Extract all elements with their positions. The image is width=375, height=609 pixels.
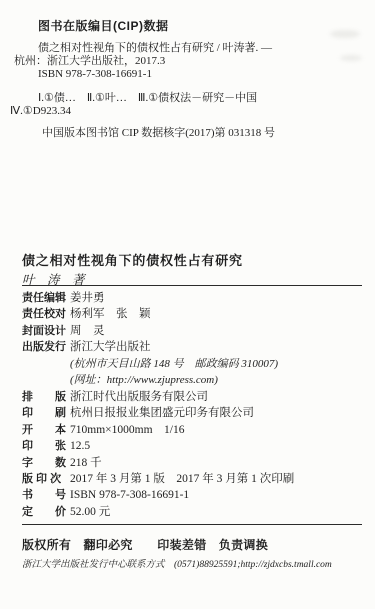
colophon-row-sheets: 印 张 12.5 — [22, 438, 368, 454]
colophon-label: 字 数 — [22, 455, 70, 471]
colophon-row-edition: 版 印 次 2017 年 3 月第 1 版 2017 年 3 月第 1 次印刷 — [22, 471, 368, 487]
colophon-value: 浙江大学出版社 — [70, 339, 368, 355]
colophon-row-typesetting: 排 版 浙江时代出版服务有限公司 — [22, 389, 368, 405]
cip-classification-line-1: Ⅰ.①债… Ⅱ.①叶… Ⅲ.①债权法－研究－中国 — [38, 92, 257, 105]
colophon-row-format: 开 本 710mm×1000mm 1/16 — [22, 422, 368, 438]
colophon-row-isbn: 书 号 ISBN 978-7-308-16691-1 — [22, 487, 368, 503]
divider-bottom — [22, 524, 362, 525]
colophon-row-editor: 责任编辑 姜井勇 — [22, 290, 368, 306]
colophon: 责任编辑 姜井勇 责任校对 杨利军 张 颖 封面设计 周 灵 出版发行 浙江大学… — [22, 290, 368, 520]
colophon-label: 定 价 — [22, 504, 70, 520]
colophon-value: 218 千 — [70, 455, 368, 471]
colophon-row-address: (杭州市天目山路 148 号 邮政编码 310007) — [22, 356, 368, 372]
colophon-value: (杭州市天目山路 148 号 邮政编码 310007) — [70, 356, 368, 372]
cip-header: 图书在版编目(CIP)数据 — [38, 17, 169, 34]
colophon-row-publisher: 出版发行 浙江大学出版社 — [22, 339, 368, 355]
colophon-label: 书 号 — [22, 487, 70, 503]
colophon-label: 封面设计 — [22, 323, 70, 339]
colophon-row-printing: 印 刷 杭州日报报业集团盛元印务有限公司 — [22, 405, 368, 421]
colophon-row-website: (网址：http://www.zjupress.com) — [22, 372, 368, 388]
colophon-value: (网址：http://www.zjupress.com) — [70, 372, 368, 388]
copyright-page: 图书在版编目(CIP)数据 债之相对性视角下的债权性占有研究 / 叶涛著. — … — [0, 0, 375, 609]
copyright-notice: 版权所有 翻印必究 印装差错 负责调换 — [22, 536, 268, 553]
colophon-label — [22, 356, 70, 372]
colophon-label: 开 本 — [22, 422, 70, 438]
colophon-label: 责任校对 — [22, 306, 70, 322]
cip-isbn-line: ISBN 978-7-308-16691-1 — [38, 68, 152, 81]
colophon-value: 杨利军 张 颖 — [70, 306, 368, 322]
colophon-label: 出版发行 — [22, 339, 70, 355]
colophon-label: 责任编辑 — [22, 290, 70, 306]
colophon-row-word-count: 字 数 218 千 — [22, 455, 368, 471]
colophon-value: 浙江时代出版服务有限公司 — [70, 389, 368, 405]
colophon-value: 710mm×1000mm 1/16 — [70, 422, 368, 438]
colophon-value: 12.5 — [70, 438, 368, 454]
colophon-label: 印 张 — [22, 438, 70, 454]
scan-smudge — [330, 30, 360, 38]
colophon-row-proofreader: 责任校对 杨利军 张 颖 — [22, 306, 368, 322]
colophon-value: 周 灵 — [70, 323, 368, 339]
cip-record-number: 中国版本图书馆 CIP 数据核字(2017)第 031318 号 — [42, 124, 275, 140]
colophon-value: 姜井勇 — [70, 290, 368, 306]
divider-top — [22, 285, 362, 286]
colophon-value: 杭州日报报业集团盛元印务有限公司 — [70, 405, 368, 421]
cip-record-line-1: 债之相对性视角下的债权性占有研究 / 叶涛著. — — [38, 42, 272, 55]
scan-smudge — [340, 55, 362, 61]
colophon-row-price: 定 价 52.00 元 — [22, 504, 368, 520]
colophon-label — [22, 372, 70, 388]
cip-classification-line-2: Ⅳ.①D923.34 — [10, 105, 71, 118]
colophon-value: ISBN 978-7-308-16691-1 — [70, 487, 368, 503]
cip-record-line-2: 杭州：浙江大学出版社，2017.3 — [14, 55, 165, 68]
colophon-label: 印 刷 — [22, 405, 70, 421]
distribution-contact: 浙江大学出版社发行中心联系方式 (0571)88925591;http://zj… — [22, 556, 332, 570]
colophon-row-cover-design: 封面设计 周 灵 — [22, 323, 368, 339]
colophon-label: 版 印 次 — [22, 471, 70, 487]
colophon-value: 52.00 元 — [70, 504, 368, 520]
book-title: 债之相对性视角下的债权性占有研究 — [22, 250, 243, 269]
colophon-label: 排 版 — [22, 389, 70, 405]
colophon-value: 2017 年 3 月第 1 版 2017 年 3 月第 1 次印刷 — [70, 471, 368, 487]
